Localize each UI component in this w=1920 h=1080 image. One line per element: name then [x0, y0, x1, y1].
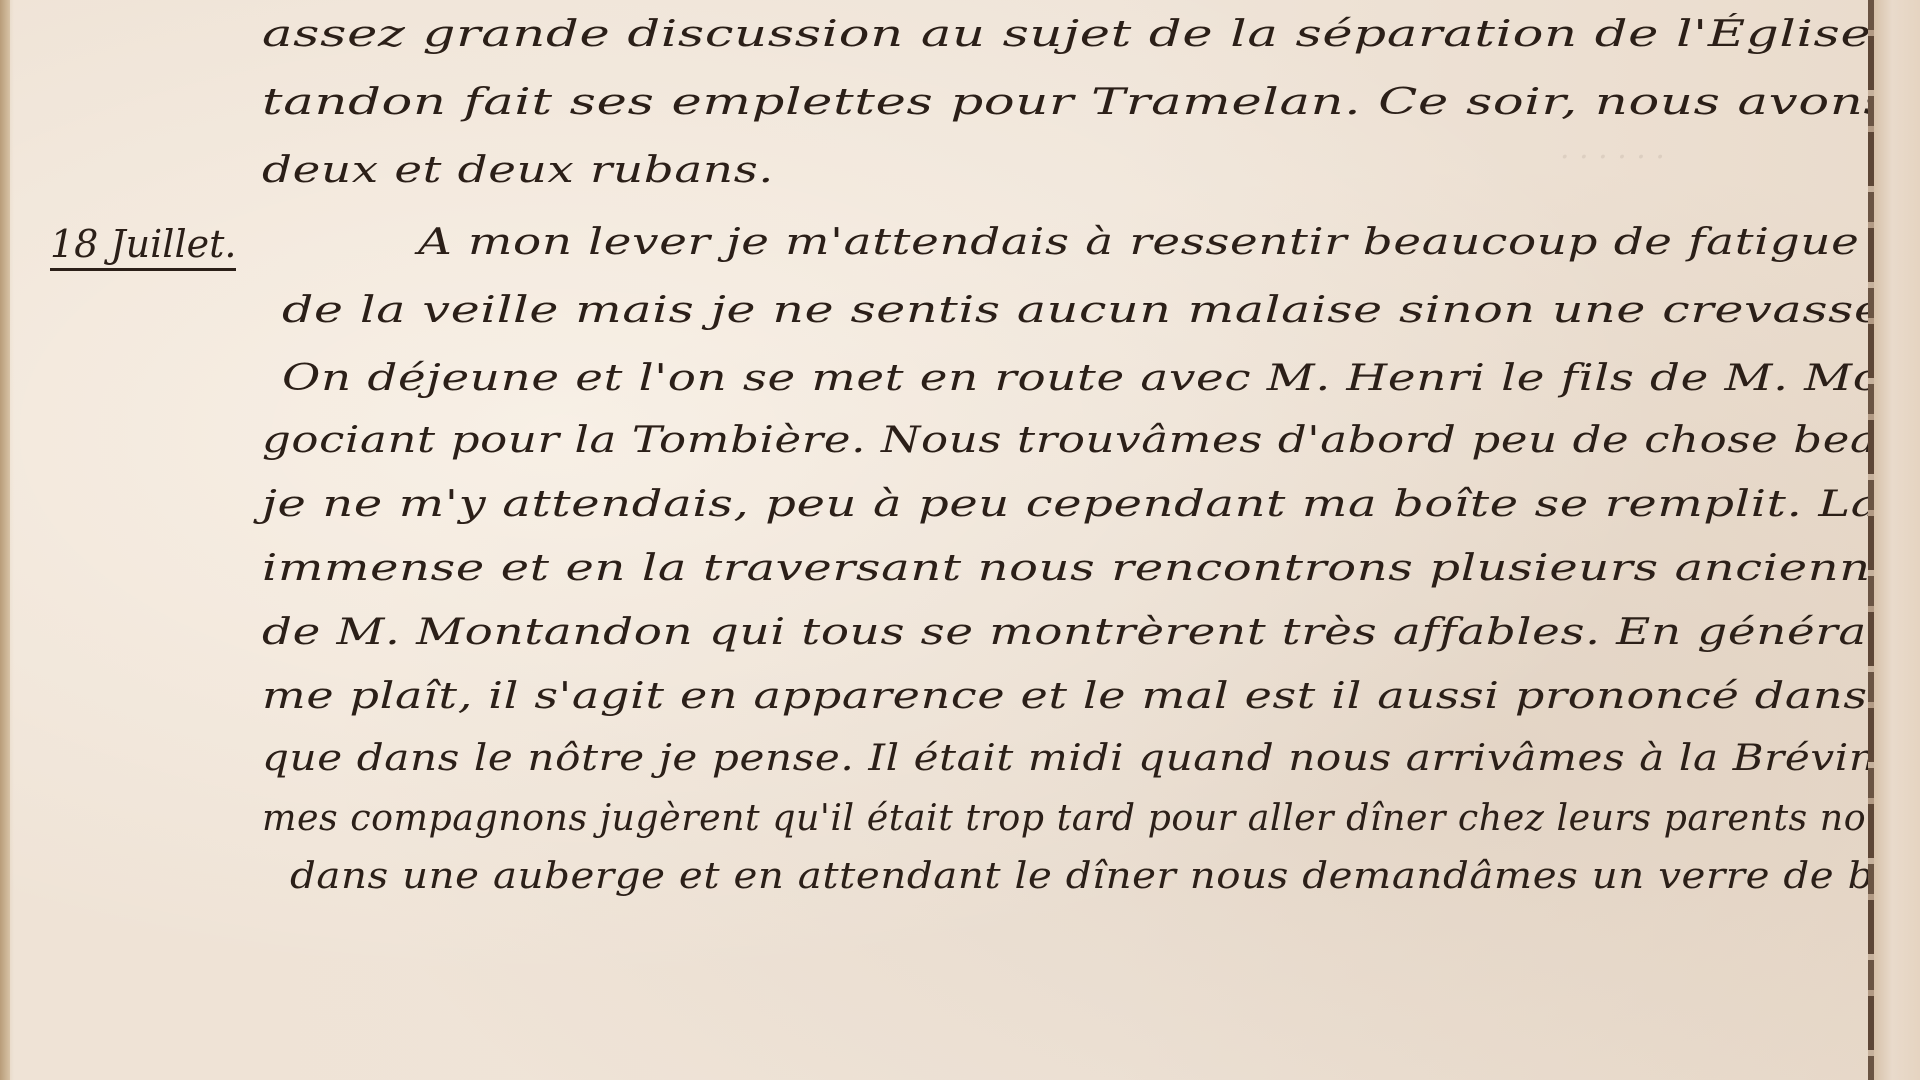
- facing-page-edge: [1874, 0, 1920, 1080]
- text-line: deux et deux rubans.: [262, 150, 774, 191]
- text-line: mes compagnons jugèrent qu'il était trop…: [262, 798, 1920, 839]
- bleed-through-text: · · · · · ·: [1560, 140, 1665, 175]
- text-line: que dans le nôtre je pense. Il était mid…: [262, 738, 1920, 779]
- margin-date: 18 Juillet.: [50, 222, 236, 271]
- text-line: de la veille mais je ne sentis aucun mal…: [282, 290, 1920, 331]
- text-line: gociant pour la Tombière. Nous trouvâmes…: [262, 420, 1920, 461]
- text-line: On déjeune et l'on se met en route avec …: [282, 358, 1920, 399]
- text-line: tandon fait ses emplettes pour Tramelan.…: [262, 82, 1920, 123]
- text-line: me plaît, il s'agit en apparence et le m…: [262, 676, 1920, 717]
- page-left-edge: [0, 0, 10, 1080]
- text-line: je ne m'y attendais, peu à peu cependant…: [262, 484, 1920, 525]
- text-line: dans une auberge et en attendant le dîne…: [290, 856, 1920, 897]
- text-line: assez grande discussion au sujet de la s…: [262, 14, 1920, 55]
- text-line: de M. Montandon qui tous se montrèrent t…: [262, 612, 1920, 653]
- manuscript-page: · · · · · · assez grande discussion au s…: [0, 0, 1868, 1080]
- text-line: immense et en la traversant nous rencont…: [262, 548, 1920, 589]
- text-line: A mon lever je m'attendais à ressentir b…: [418, 222, 1920, 263]
